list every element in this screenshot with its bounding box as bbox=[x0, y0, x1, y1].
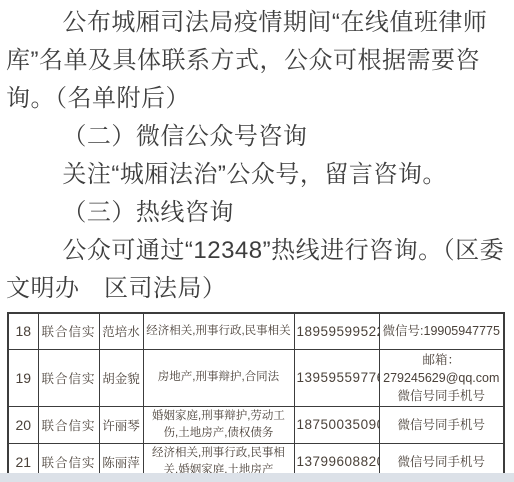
cell-row-number: 18 bbox=[8, 313, 38, 349]
notice-text-block: 公布城厢司法局疫情期间“在线值班律师库”名单及具体联系方式，公众可根据需要咨询。… bbox=[0, 0, 514, 308]
cell-contact: 微信号同手机号 bbox=[379, 406, 504, 443]
notice-paragraph-4: （三）热线咨询 bbox=[6, 194, 506, 232]
table-row: 20 联合信实 许丽琴 婚姻家庭,刑事辩护,劳动工伤,土地房产,债权债务 187… bbox=[8, 406, 504, 443]
notice-paragraph-5: 公众可通过“12348”热线进行咨询。（区委文明办 区司法局） bbox=[6, 232, 506, 308]
cell-phone: 18750035090 bbox=[294, 406, 379, 443]
notice-paragraph-1: 公布城厢司法局疫情期间“在线值班律师库”名单及具体联系方式，公众可根据需要咨询。… bbox=[6, 4, 506, 118]
notice-paragraph-3: 关注“城厢法治”公众号，留言咨询。 bbox=[6, 156, 506, 194]
cell-firm: 联合信实 bbox=[38, 406, 99, 443]
cell-row-number: 20 bbox=[8, 406, 38, 443]
cell-firm: 联合信实 bbox=[38, 349, 99, 406]
cell-row-number: 19 bbox=[8, 349, 38, 406]
cell-contact: 微信号:19905947775 bbox=[379, 313, 504, 349]
cell-name: 胡金貌 bbox=[99, 349, 143, 406]
table-row: 19 联合信实 胡金貌 房地产,刑事辩护,合同法 13959559776 邮箱：… bbox=[8, 349, 504, 406]
bottom-background-strip bbox=[0, 473, 514, 482]
cell-specialty: 房地产,刑事辩护,合同法 bbox=[143, 349, 294, 406]
notice-paragraph-2: （二）微信公众号咨询 bbox=[6, 118, 506, 156]
cell-specialty: 婚姻家庭,刑事辩护,劳动工伤,土地房产,债权债务 bbox=[143, 406, 294, 443]
cell-name: 范培水 bbox=[99, 313, 143, 349]
cell-firm: 联合信实 bbox=[38, 313, 99, 349]
table-row: 18 联合信实 范培水 经济相关,刑事行政,民事相关 18959599522 微… bbox=[8, 313, 504, 349]
cell-specialty: 经济相关,刑事行政,民事相关 bbox=[143, 313, 294, 349]
cell-phone: 13959559776 bbox=[294, 349, 379, 406]
cell-phone: 18959599522 bbox=[294, 313, 379, 349]
lawyer-contact-table: 18 联合信实 范培水 经济相关,刑事行政,民事相关 18959599522 微… bbox=[7, 312, 505, 482]
cell-name: 许丽琴 bbox=[99, 406, 143, 443]
cell-contact: 邮箱： 279245629@qq.com 微信号同手机号 bbox=[379, 349, 504, 406]
